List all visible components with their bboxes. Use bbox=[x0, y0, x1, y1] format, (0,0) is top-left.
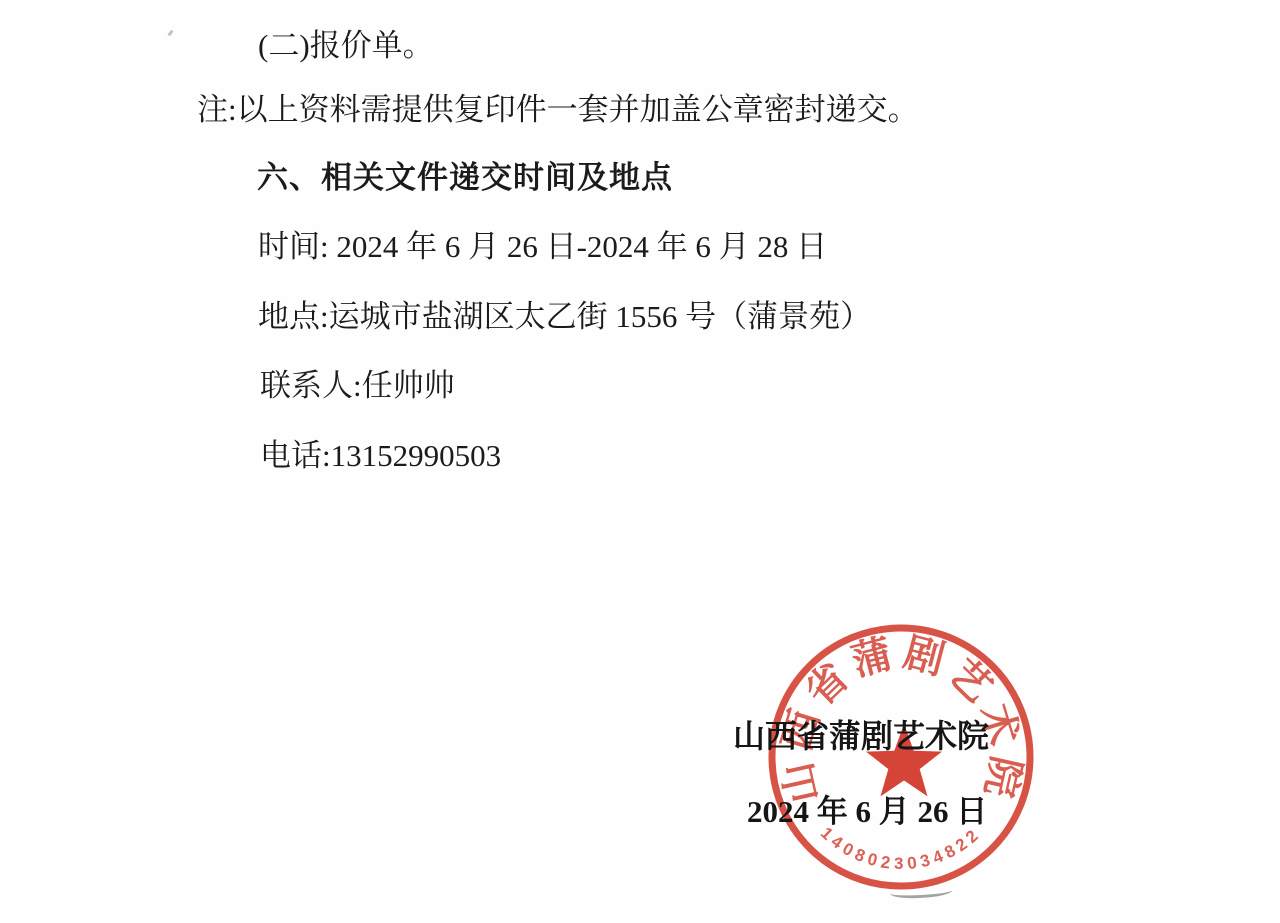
note-line: 注:以上资料需提供复印件一套并加盖公章密封递交。 bbox=[197, 91, 919, 128]
scan-artifact bbox=[167, 30, 173, 37]
quotation-item-line: (二)报价单。 bbox=[258, 27, 434, 64]
location-line: 地点:运城市盐湖区太乙街 1556 号（蒲景苑） bbox=[258, 298, 871, 335]
signature-org-name: 山西省蒲剧艺术院 bbox=[733, 711, 989, 757]
document-page: (二)报价单。 注:以上资料需提供复印件一套并加盖公章密封递交。 六、相关文件递… bbox=[0, 0, 1280, 923]
contact-person-line: 联系人:任帅帅 bbox=[260, 367, 455, 404]
time-line: 时间: 2024 年 6 月 26 日-2024 年 6 月 28 日 bbox=[258, 228, 827, 265]
phone-line: 电话:13152990503 bbox=[260, 437, 501, 474]
section-heading: 六、相关文件递交时间及地点 bbox=[257, 159, 673, 196]
official-seal: 山西省蒲剧艺术院 1408023034822 bbox=[756, 612, 1046, 902]
signature-date: 2024 年 6 月 26 日 bbox=[747, 786, 987, 831]
